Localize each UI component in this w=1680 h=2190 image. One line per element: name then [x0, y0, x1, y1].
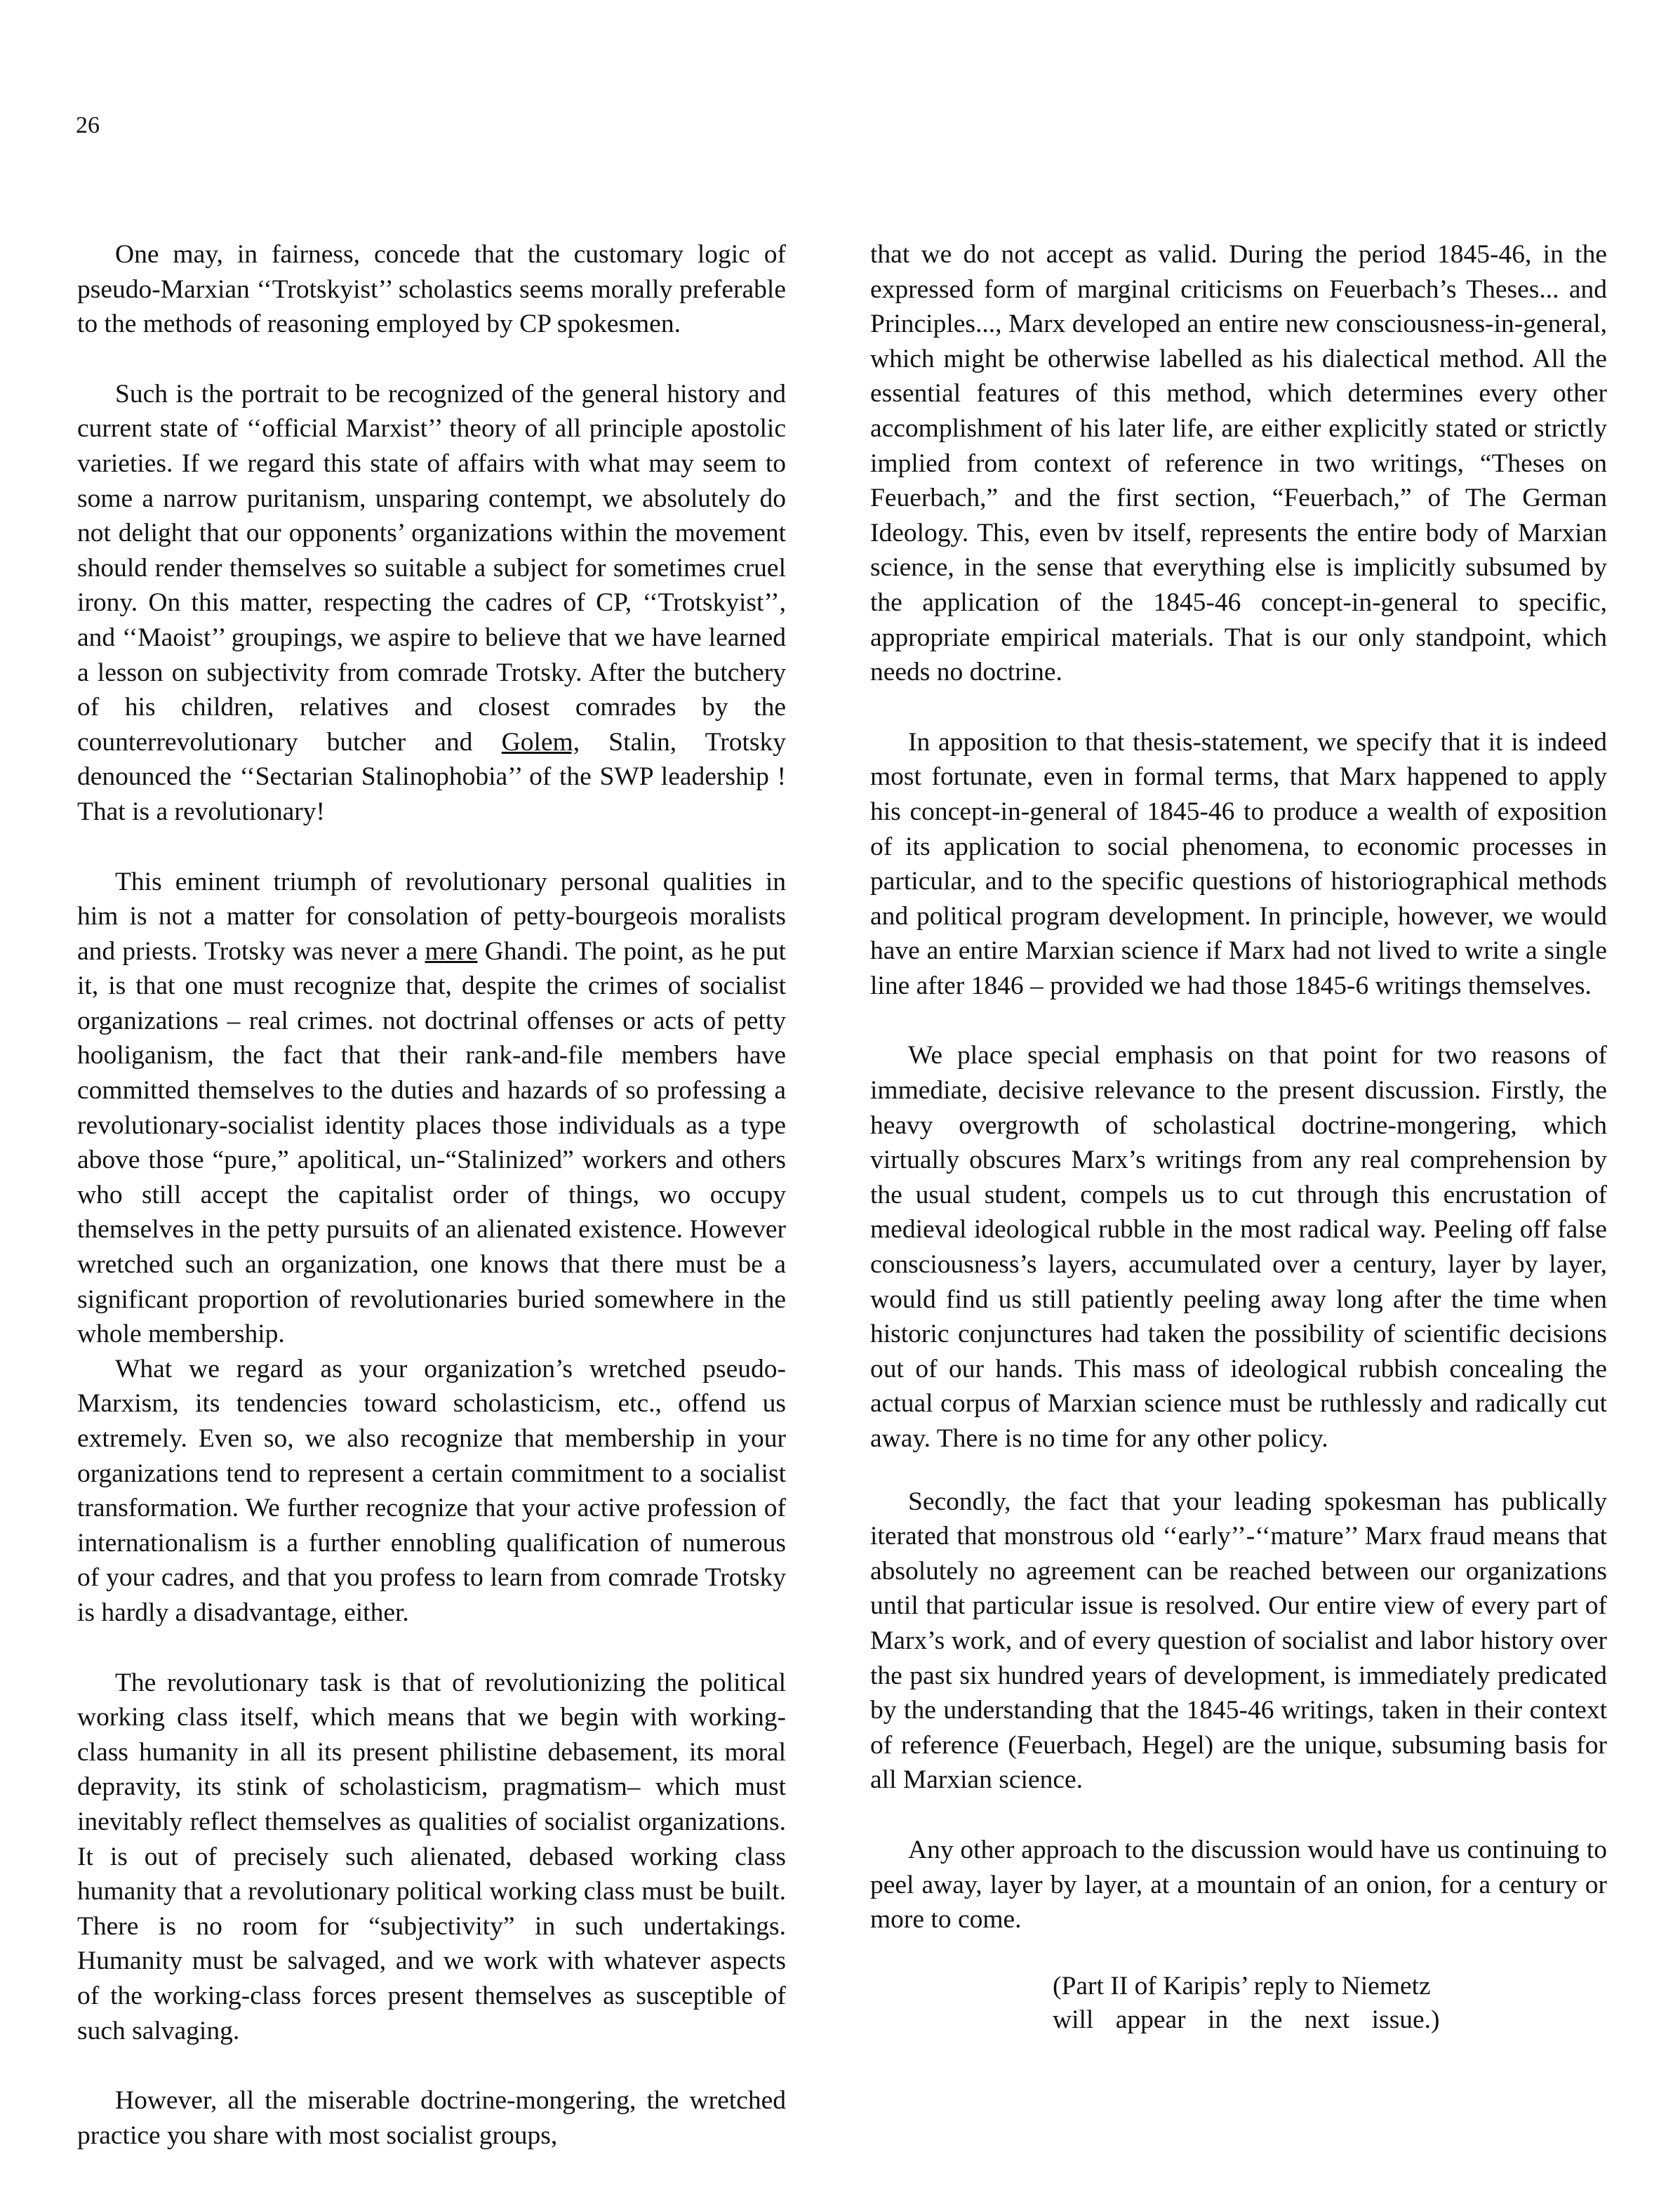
- page-number: 26: [76, 112, 100, 139]
- paragraph-4: What we regard as your organization’s wr…: [77, 1352, 786, 1631]
- paragraph-3: This eminent triumph of revolutionary pe…: [77, 865, 786, 1352]
- continuation-note-line-1: (Part II of Karipis’ reply to Niemetz: [1053, 1970, 1607, 2003]
- paragraph-5: The revolutionary task is that of revolu…: [77, 1666, 786, 2049]
- continuation-note: (Part II of Karipis’ reply to Niemetz wi…: [870, 1970, 1607, 2037]
- underlined-word-golem: Golem,: [502, 728, 580, 757]
- paragraph-10: Secondly, the fact that your leading spo…: [870, 1485, 1607, 1798]
- paragraph-6: However, all the miserable doctrine-mong…: [77, 2083, 786, 2153]
- right-column: that we do not accept as valid. During t…: [870, 237, 1607, 2037]
- paragraph-8: In apposition to that thesis-statement, …: [870, 725, 1607, 1004]
- paragraph-2-text-before: Such is the portrait to be recognized of…: [77, 380, 786, 757]
- paragraph-2: Such is the portrait to be recognized of…: [77, 377, 786, 830]
- paragraph-11: Any other approach to the discussion wou…: [870, 1833, 1607, 1937]
- paragraph-3-text-after: Ghandi. The point, as he put it, is that…: [77, 937, 786, 1349]
- paragraph-1: One may, in fairness, concede that the c…: [77, 237, 786, 342]
- paragraph-7: that we do not accept as valid. During t…: [870, 237, 1607, 690]
- underlined-word-mere: mere: [425, 937, 477, 966]
- paragraph-9: We place special emphasis on that point …: [870, 1038, 1607, 1456]
- left-column: One may, in fairness, concede that the c…: [77, 237, 786, 2153]
- continuation-note-line-2: will appear in the next issue.): [1053, 2003, 1607, 2037]
